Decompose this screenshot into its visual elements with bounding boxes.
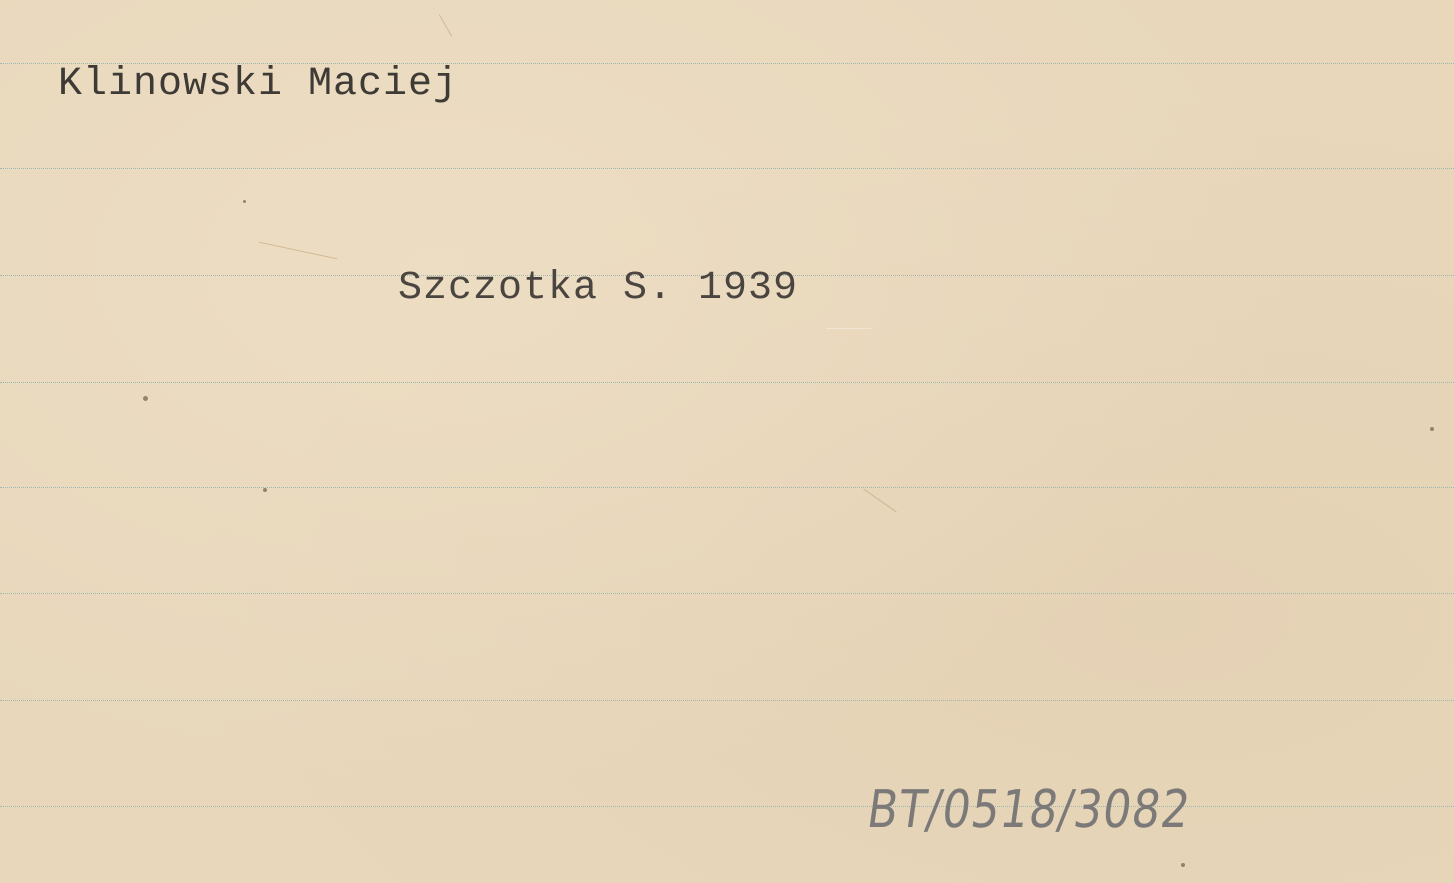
ruled-line <box>0 806 1454 807</box>
paper-speck <box>263 488 267 492</box>
paper-speck <box>1430 427 1434 431</box>
ruled-line <box>0 700 1454 701</box>
paper-speck <box>243 200 246 203</box>
typed-entry: Szczotka S. 1939 <box>398 266 798 311</box>
typed-name: Klinowski Maciej <box>58 62 458 107</box>
ruled-line <box>0 382 1454 383</box>
paper-fiber <box>439 14 452 36</box>
paper-fiber <box>863 489 896 513</box>
ruled-line <box>0 168 1454 169</box>
paper-speck <box>1181 863 1185 867</box>
paper-fiber <box>826 328 871 329</box>
ruled-line <box>0 487 1454 488</box>
paper-speck <box>143 396 148 401</box>
index-card: Klinowski Maciej Szczotka S. 1939 BT/051… <box>0 0 1454 883</box>
paper-fiber <box>259 242 337 260</box>
handwritten-reference: BT/0518/3082 <box>864 780 1195 840</box>
ruled-line <box>0 593 1454 594</box>
